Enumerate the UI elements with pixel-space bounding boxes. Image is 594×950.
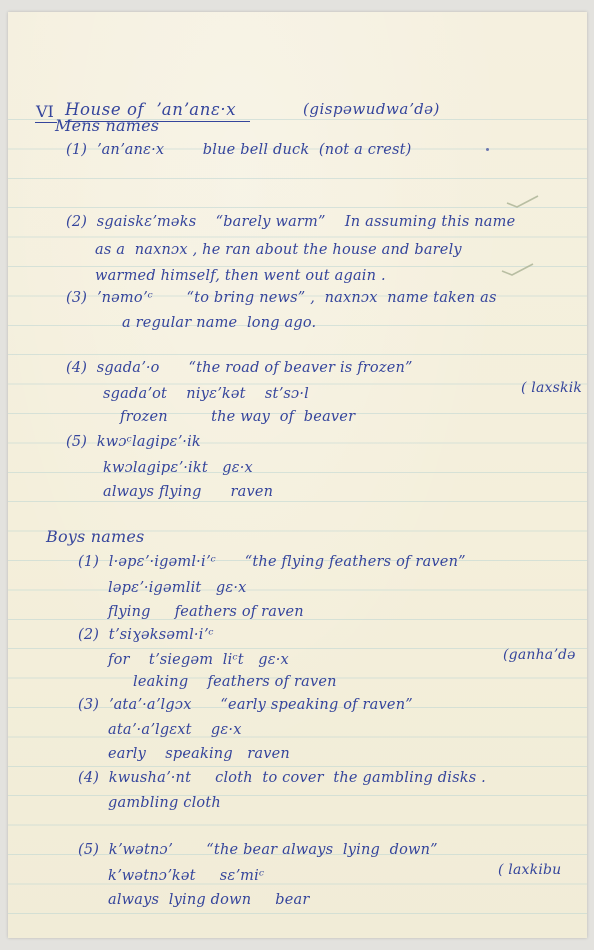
entry-line: (5) kwɔᶜlagipɛʼ·ik bbox=[66, 432, 201, 452]
notebook-paper: VI House of ʼanʼanɛ·x (gispəwudwaʼdə) Me… bbox=[8, 12, 587, 938]
gloss-line: always flying raven bbox=[103, 482, 273, 502]
scanned-page: { "page": { "background_color": "#e3e2de… bbox=[0, 0, 594, 950]
pencil-checkmark-icon bbox=[500, 262, 534, 276]
section-heading: Boys names bbox=[46, 527, 144, 547]
gloss-line: leaking feathers of raven bbox=[133, 672, 337, 692]
gloss-line: flying feathers of raven bbox=[108, 602, 304, 622]
entry-line: (1) l·əpɛʼ·igəml·iʼᶜ “the flying feather… bbox=[78, 552, 466, 572]
native-line: ləpɛʼ·igəmlit gɛ·x bbox=[108, 578, 247, 598]
native-line: sgadaʼot niyɛʼkət stʼsɔ·l bbox=[103, 384, 309, 404]
entry-line: (5) kʼwətnɔʼ “the bear always lying down… bbox=[78, 840, 438, 860]
section-numeral: VI bbox=[35, 102, 57, 123]
ink-dot bbox=[486, 148, 489, 151]
entry-line: (3) ʼnəmoʼᶜ “to bring news” , naxnɔx nam… bbox=[66, 288, 497, 308]
entry-line: (4) kwushaʼ·nt cloth to cover the gambli… bbox=[78, 768, 486, 788]
section-heading: Mens names bbox=[55, 116, 159, 136]
native-line: kʼwətnɔʼkət sɛʼmiᶜ bbox=[108, 866, 264, 886]
continuation-line: a regular name long ago. bbox=[122, 313, 316, 333]
continuation-line: warmed himself, then went out again . bbox=[95, 266, 386, 286]
native-line: for tʼsiegəm liᶜt gɛ·x bbox=[108, 650, 289, 670]
margin-note: ( laxskik bbox=[521, 378, 582, 398]
gloss-line: early speaking raven bbox=[108, 744, 290, 764]
clan-annotation: (gispəwudwaʼdə) bbox=[303, 100, 440, 118]
gloss-line: gambling cloth bbox=[108, 793, 221, 813]
native-line: ataʼ·aʼlgɛxt gɛ·x bbox=[108, 720, 242, 740]
entry-line: (2) sgaiskɛʼməks “barely warm” In assumi… bbox=[66, 212, 515, 232]
entry-line: (1) ʼanʼanɛ·x blue bell duck (not a cres… bbox=[66, 140, 412, 160]
native-line: kwɔlagipɛʼ·ikt gɛ·x bbox=[103, 458, 253, 478]
margin-note: (ganhaʼdə bbox=[503, 645, 576, 665]
entry-line: (2) tʼsiɣəksəml·iʼᶜ bbox=[78, 625, 214, 645]
gloss-line: frozen the way of beaver bbox=[120, 407, 355, 427]
gloss-line: always lying down bear bbox=[108, 890, 310, 910]
pencil-checkmark-icon bbox=[505, 194, 539, 208]
entry-line: (4) sgadaʼ·o “the road of beaver is froz… bbox=[66, 358, 413, 378]
continuation-line: as a naxnɔx , he ran about the house and… bbox=[95, 240, 462, 260]
entry-line: (3) ʼataʼ·aʼlgɔx “early speaking of rave… bbox=[78, 695, 413, 715]
margin-note: ( laxkibu bbox=[498, 860, 561, 880]
